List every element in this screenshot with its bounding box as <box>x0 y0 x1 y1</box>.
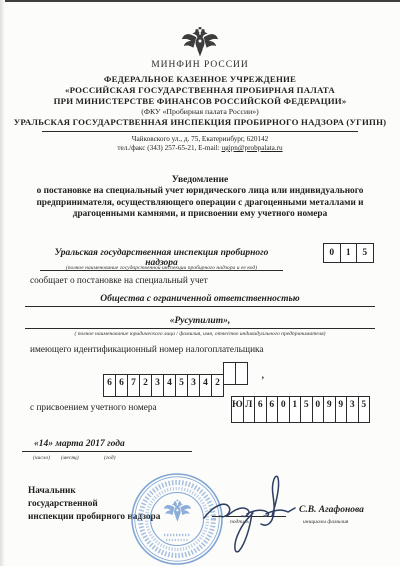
email-link[interactable]: ugipn@probpalata.ru <box>222 144 283 152</box>
handwritten-signature-icon <box>200 472 312 564</box>
header-divider <box>42 131 358 132</box>
org-name-line1: ФЕДЕРАЛЬНОЕ КАЗЕННОЕ УЧРЕЖДЕНИЕ <box>0 74 400 84</box>
contact-line: тел./факс (343) 257-65-21, E-mail: ugipn… <box>0 144 400 152</box>
code-cell: 0 <box>323 243 341 263</box>
signer-name-caption: инициалы фамилия <box>303 519 348 525</box>
contact-prefix: тел./факс (343) 257-65-21, E-mail: <box>117 144 221 152</box>
entity-field-caption: ( полное наименование юридического лица … <box>25 331 375 337</box>
signer-position-line2: государственной <box>28 499 98 509</box>
inn-box: 6672345342 <box>103 362 248 397</box>
entity-type-field: Общества с ограниченной ответственностью <box>25 294 375 307</box>
org-name-line2: «РОССИЙСКАЯ ГОСУДАРСТВЕННАЯ ПРОБИРНАЯ ПА… <box>0 85 400 95</box>
code-cell: 5 <box>356 243 374 263</box>
ministry-name: МИНФИН РОССИИ <box>0 60 400 70</box>
inspection-name-header: УРАЛЬСКАЯ ГОСУДАРСТВЕННАЯ ИНСПЕКЦИЯ ПРОБ… <box>0 117 400 127</box>
inn-suffix-comma: , <box>262 371 264 381</box>
date-field: «14» марта 2017 года <box>22 439 192 452</box>
document-subtitle: о постановке на специальный учет юридиче… <box>33 186 367 221</box>
address-line: Чайковского ул., д. 75, Екатеринбург, 62… <box>0 135 400 143</box>
signer-name: С.В. Агафонова <box>299 505 364 515</box>
inn-cell <box>235 362 248 385</box>
account-number-label: с присвоением учетного номера <box>30 403 157 413</box>
entity-name-field: «Русутилит», <box>25 316 375 329</box>
account-cell: 5 <box>358 396 371 423</box>
code-cell: 1 <box>340 243 358 263</box>
signer-position-line1: Начальник <box>28 486 76 496</box>
date-month-caption: (месяц) <box>61 455 79 461</box>
date-day-caption: (число) <box>33 455 50 461</box>
account-number-box: ЮЛ6601509935 <box>231 396 370 423</box>
scan-top-edge <box>0 0 400 2</box>
inn-label: имеющего идентификационный номер налогоп… <box>30 345 264 355</box>
scanned-notification-document: МИНФИН РОССИИ ФЕДЕРАЛЬНОЕ КАЗЕННОЕ УЧРЕЖ… <box>0 0 400 566</box>
coat-of-arms-eagle-icon <box>179 25 221 59</box>
document-title: Уведомление <box>0 174 400 185</box>
statement-intro: сообщает о постановке на специальный уче… <box>30 276 208 286</box>
inspection-field-caption: (полное наименование государственной инс… <box>40 265 283 271</box>
org-short-name: (ФКУ «Пробирная палата России») <box>0 107 400 116</box>
date-year-caption: (год) <box>104 455 115 461</box>
inspection-code-box: 015 <box>323 243 374 263</box>
org-name-line3: ПРИ МИНИСТЕРСТВЕ ФИНАНСОВ РОССИЙСКОЙ ФЕД… <box>0 96 400 106</box>
